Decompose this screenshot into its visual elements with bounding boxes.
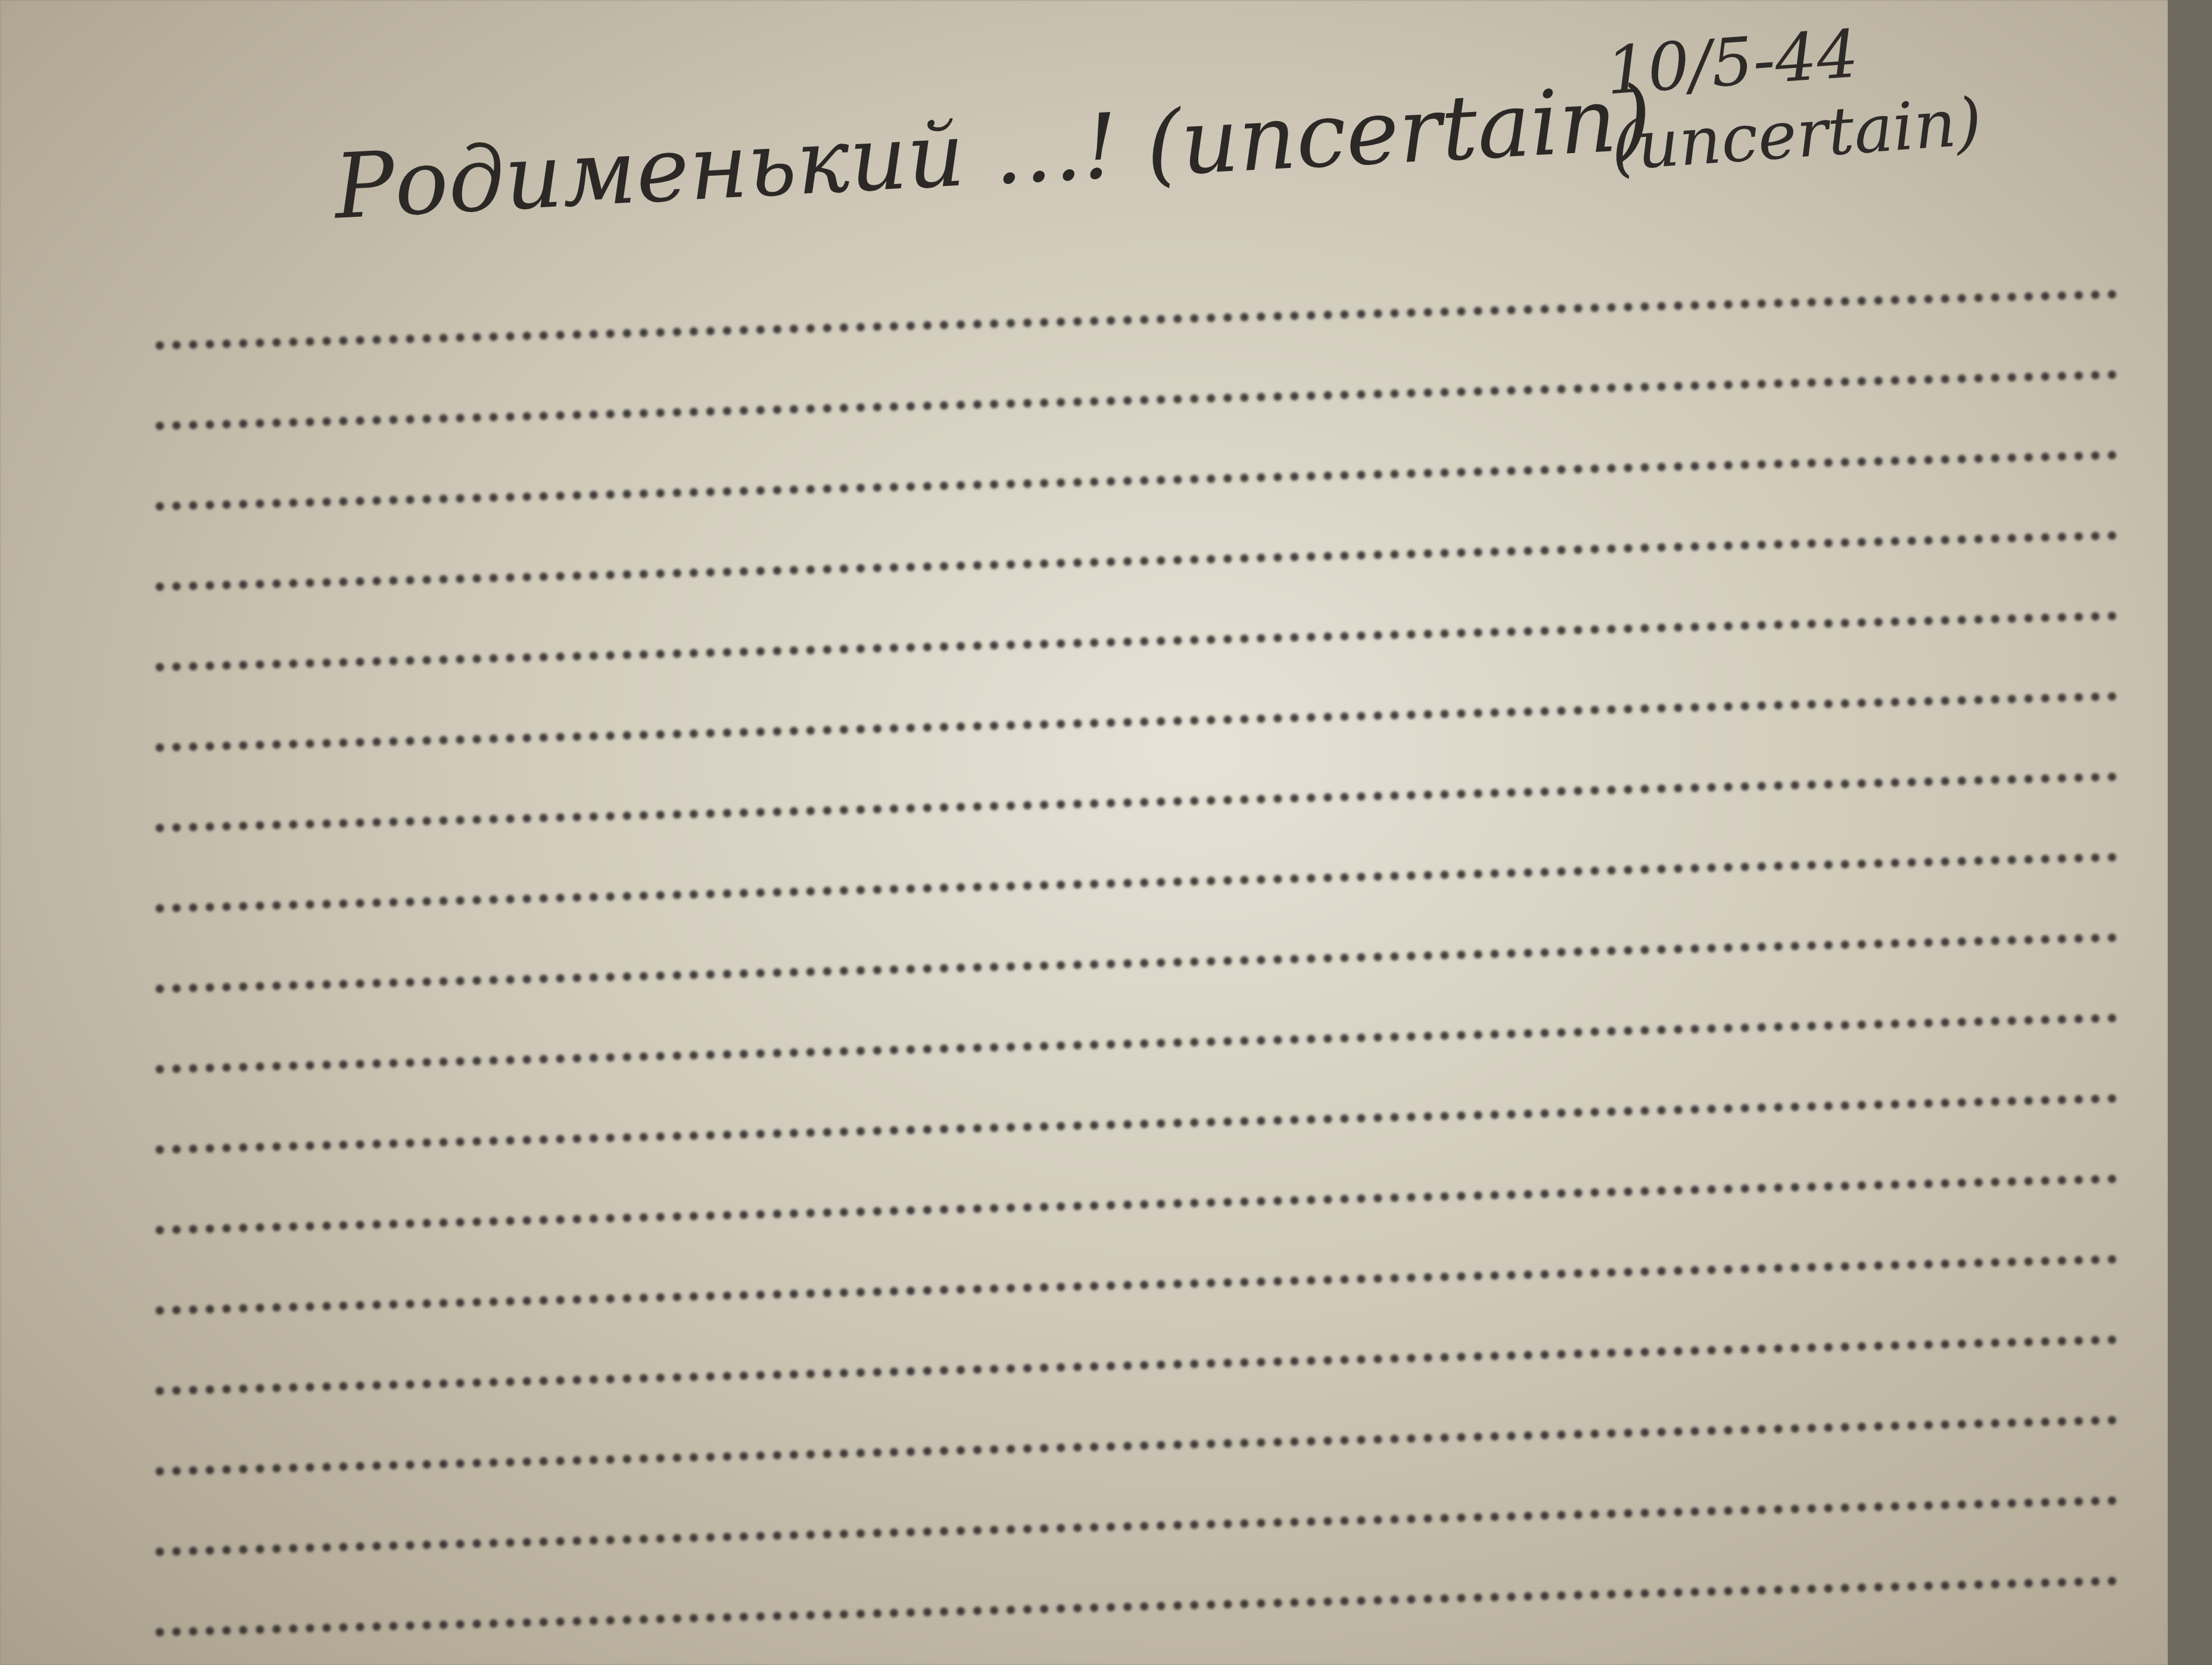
paper-edge <box>2168 0 2212 1665</box>
